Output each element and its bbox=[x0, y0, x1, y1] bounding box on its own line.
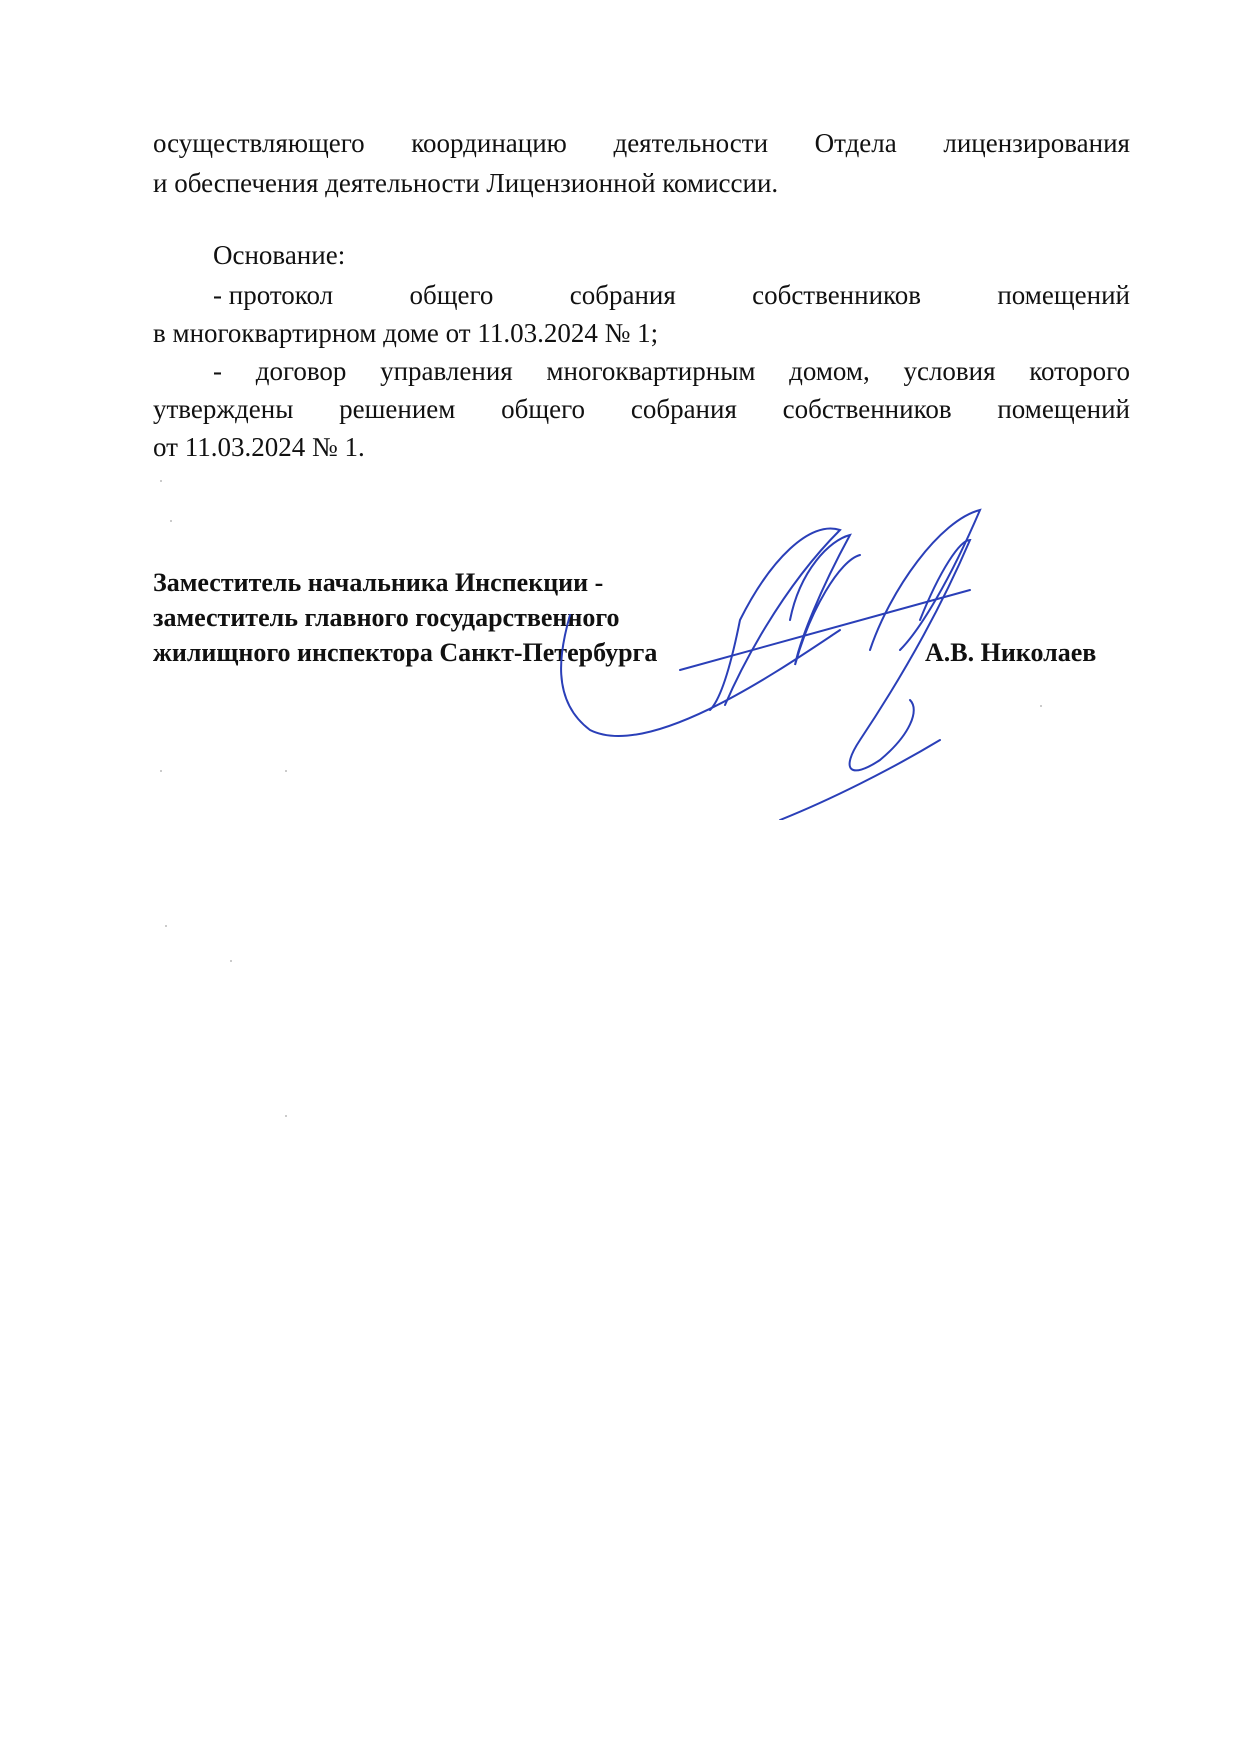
word: собственников bbox=[752, 280, 921, 311]
scan-speck bbox=[1040, 705, 1042, 707]
scan-speck bbox=[165, 925, 167, 927]
basis-item-2-line-3: от 11.03.2024 № 1. bbox=[153, 432, 365, 463]
word: лицензирования bbox=[943, 128, 1130, 159]
word: собрания bbox=[570, 280, 676, 311]
basis-item-1-line-1: - протокол общего собрания собственников… bbox=[213, 280, 1130, 311]
signer-position-line-1: Заместитель начальника Инспекции - bbox=[153, 568, 603, 598]
word: договор bbox=[256, 356, 347, 387]
scan-speck bbox=[170, 520, 172, 522]
word: осуществляющего bbox=[153, 128, 365, 159]
word: помещений bbox=[997, 394, 1130, 425]
word: многоквартирным bbox=[546, 356, 755, 387]
scan-speck bbox=[160, 770, 162, 772]
word: деятельности bbox=[613, 128, 768, 159]
basis-item-2-line-1: - договор управления многоквартирным дом… bbox=[213, 356, 1130, 387]
word: общего bbox=[409, 280, 493, 311]
word: собрания bbox=[631, 394, 737, 425]
word: утверждены bbox=[153, 394, 293, 425]
word: которого bbox=[1029, 356, 1130, 387]
document-page: осуществляющего координацию деятельности… bbox=[0, 0, 1237, 1751]
word: решением bbox=[339, 394, 455, 425]
paragraph-end-line-2: и обеспечения деятельности Лицензионной … bbox=[153, 168, 778, 199]
scan-speck bbox=[160, 480, 162, 482]
word: координацию bbox=[411, 128, 567, 159]
word: управления bbox=[380, 356, 513, 387]
paragraph-end-line-1: осуществляющего координацию деятельности… bbox=[153, 128, 1130, 159]
word: помещений bbox=[997, 280, 1130, 311]
word: общего bbox=[501, 394, 585, 425]
word: собственников bbox=[783, 394, 952, 425]
word: - bbox=[213, 356, 222, 387]
basis-heading: Основание: bbox=[213, 240, 345, 271]
scan-speck bbox=[285, 1115, 287, 1117]
word: Отдела bbox=[815, 128, 897, 159]
handwritten-signature-icon bbox=[540, 500, 1040, 820]
scan-speck bbox=[285, 770, 287, 772]
word: условия bbox=[903, 356, 995, 387]
scan-speck bbox=[230, 960, 232, 962]
basis-item-2-line-2: утверждены решением общего собрания собс… bbox=[153, 394, 1130, 425]
basis-item-1-line-2: в многоквартирном доме от 11.03.2024 № 1… bbox=[153, 318, 658, 349]
word: - протокол bbox=[213, 280, 333, 311]
word: домом, bbox=[789, 356, 870, 387]
